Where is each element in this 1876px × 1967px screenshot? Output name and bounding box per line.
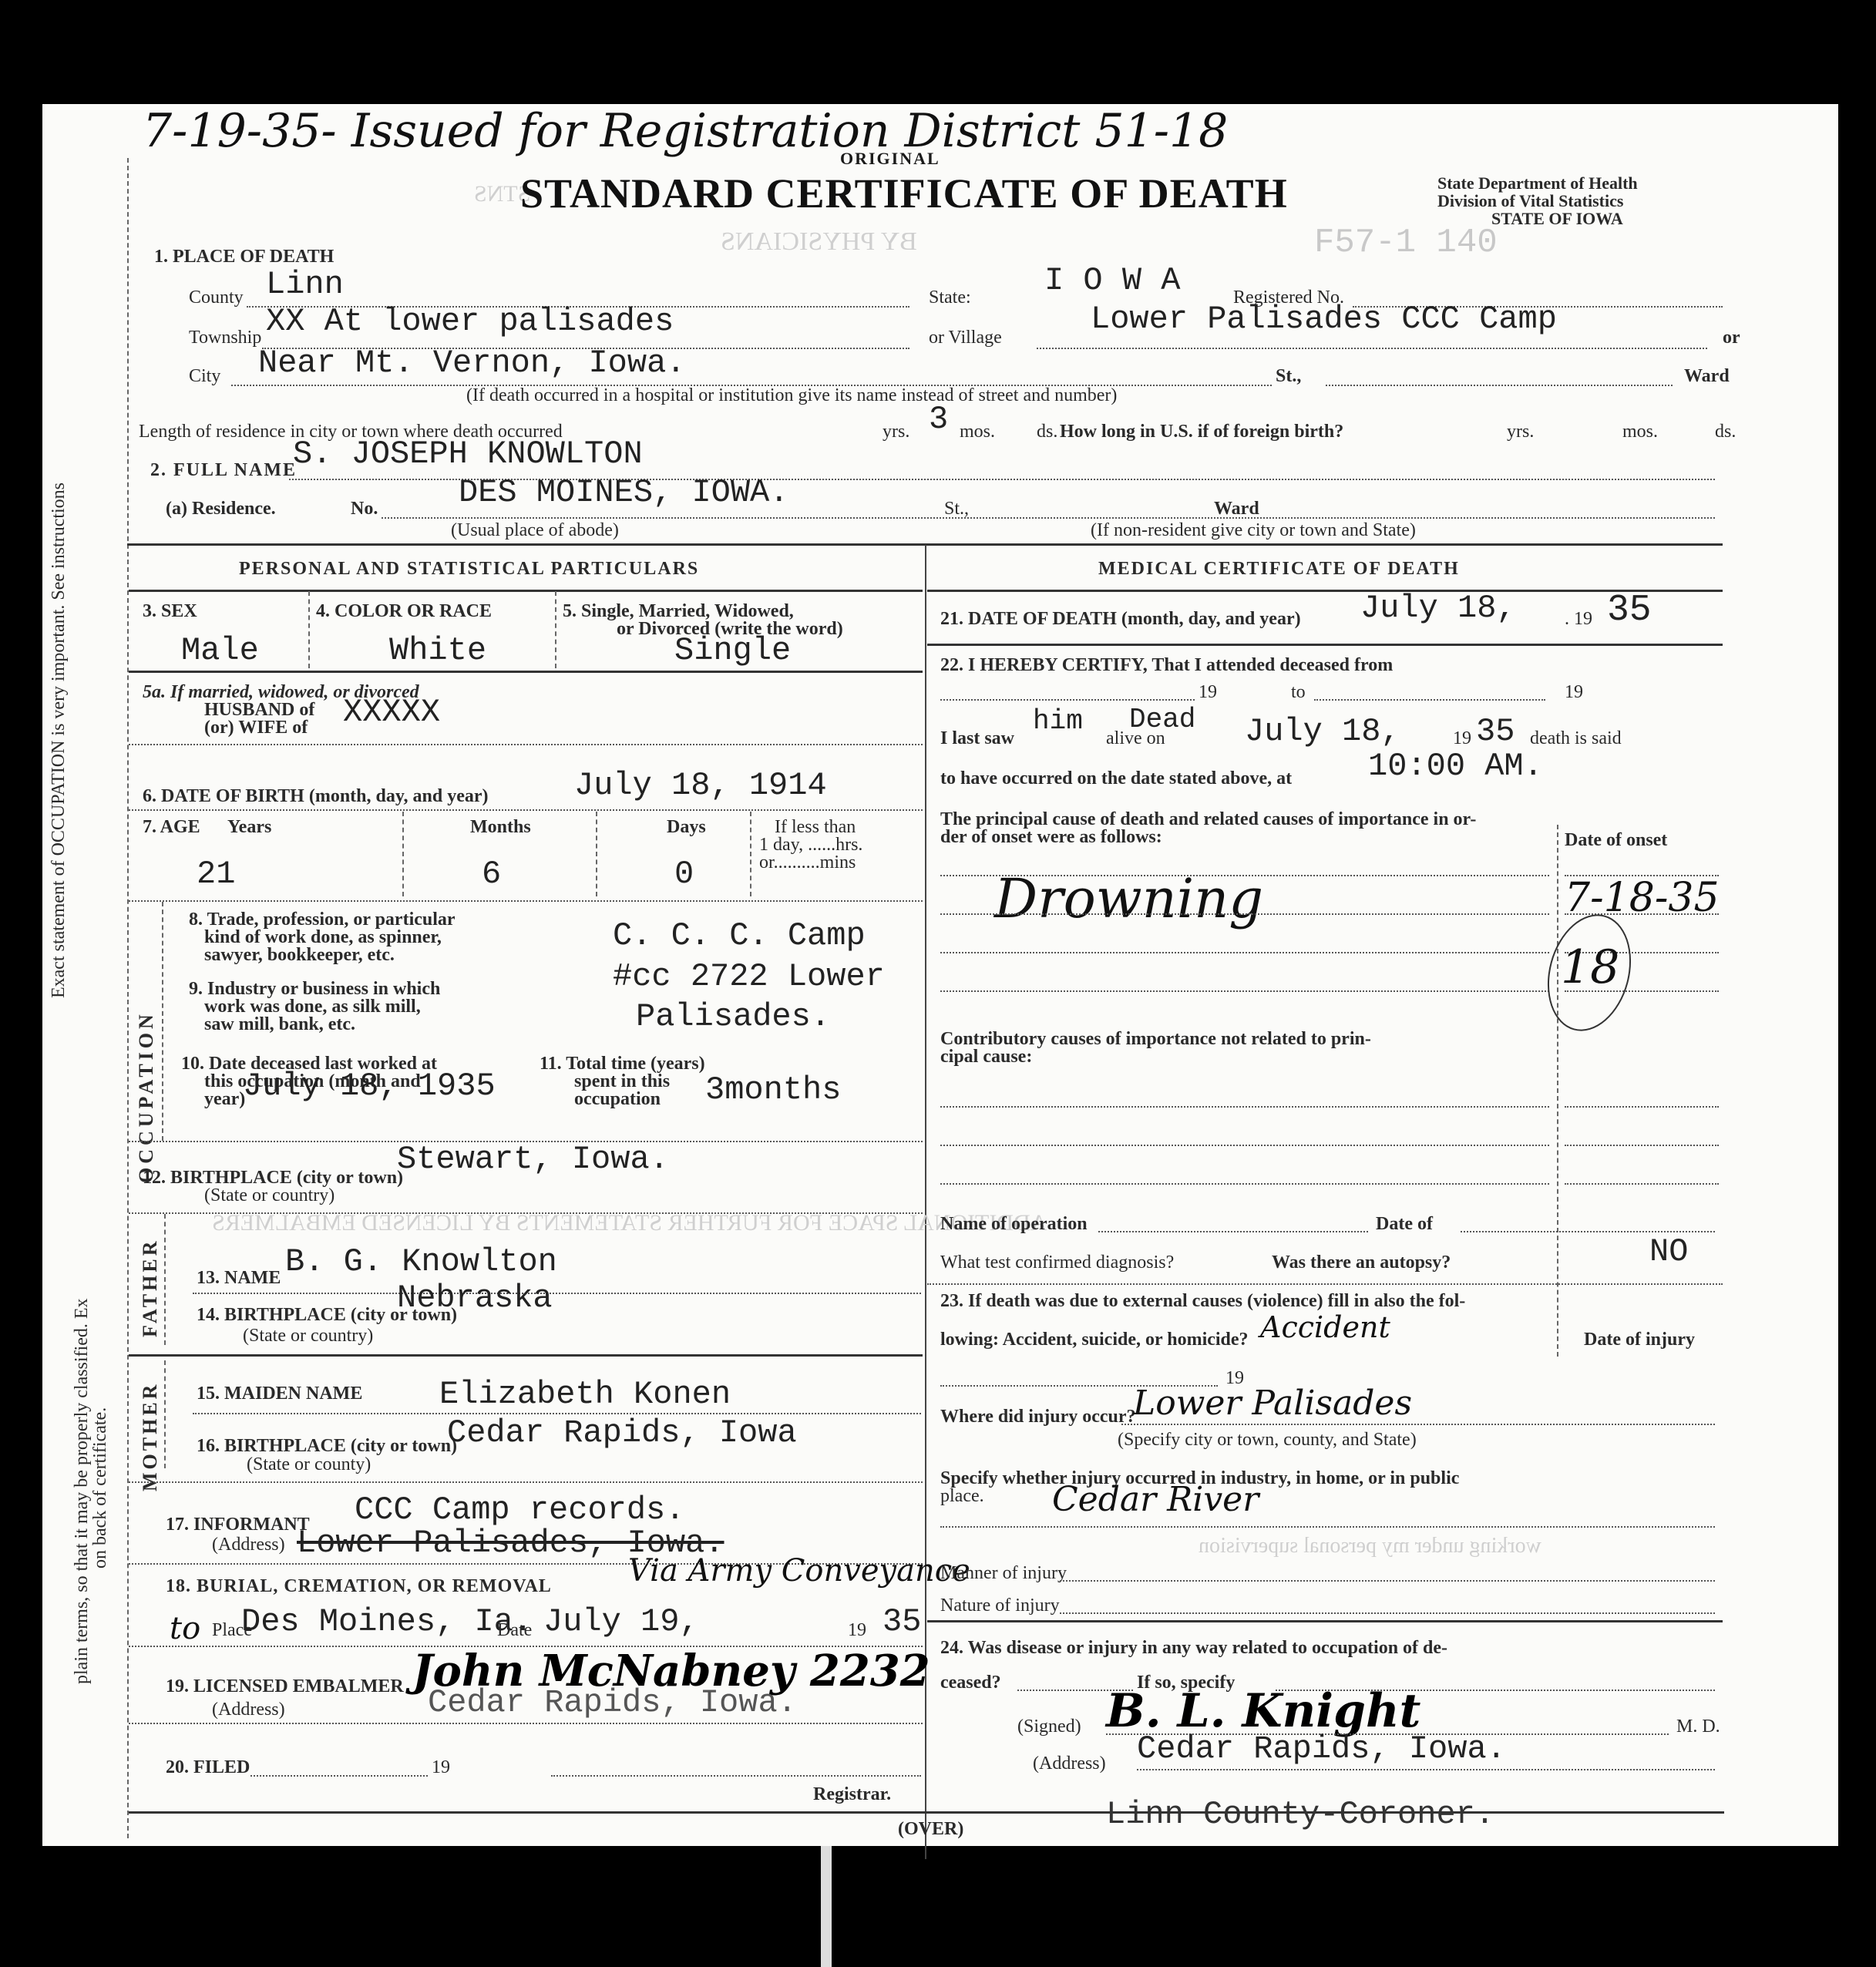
injury-date-label: Date of injury [1584,1330,1695,1350]
agency-line-3: STATE OF IOWA [1491,209,1623,229]
father-birthplace-value: Nebraska [397,1279,553,1316]
burial-label: 18. BURIAL, CREMATION, OR REMOVAL [166,1576,552,1597]
registrar-line [551,1775,921,1777]
hospital-note: (If death occurred in a hospital or inst… [466,385,1117,406]
burial-value: Via Army Conveyance [628,1553,970,1589]
binding-spine [821,1838,832,1967]
yrs-label: yrs. [883,422,909,442]
age-months-value: 6 [482,856,501,893]
street-label: St., [1276,366,1301,387]
contrib-line-3 [940,1183,1549,1185]
informant-label: 17. INFORMANT [166,1515,310,1535]
dod-label: 21. DATE OF DEATH (month, day, and year) [940,609,1301,630]
county-value: Linn [266,266,344,303]
or-village-label: or Village [929,328,1002,348]
mother-name-label: 15. MAIDEN NAME [197,1384,362,1404]
father-side-divider [164,1214,166,1345]
onset-line-2 [1565,913,1719,915]
full-name-label: 2. FULL NAME [150,460,297,481]
margin-note-back: on back of certificate. [90,1407,111,1569]
birthplace-value: Stewart, Iowa. [397,1141,669,1178]
mother-birthplace-sub: (State or county) [247,1454,371,1475]
row-divider-8 [129,1481,923,1483]
dob-label: 6. DATE OF BIRTH (month, day, and year) [143,786,489,807]
father-side-label: FATHER [139,1239,162,1337]
foreign-mos-label: mos. [1622,422,1658,442]
attended-to-line [1314,699,1545,701]
operation-line [1098,1231,1368,1232]
foreign-yrs-label: yrs. [1507,422,1534,442]
over-label: (OVER) [898,1819,963,1840]
onset-column-divider [1557,825,1558,1357]
last-worked-value: July 18, 1935 [243,1068,496,1105]
to-label: to [1291,682,1306,703]
dod-year-prefix: . 19 [1565,609,1592,630]
occurred-label: to have occurred on the date stated abov… [940,768,1292,789]
embalmer-address-label: (Address) [212,1700,285,1720]
residence-line [382,517,1715,519]
years-months-divider [402,812,404,896]
industry-label-3: saw mill, bank, etc. [204,1014,355,1035]
place-of-death-label: 1. PLACE OF DEATH [154,247,334,267]
row-divider-7 [129,1354,923,1357]
sex-label: 3. SEX [143,601,197,622]
residence-street-label: St., [944,499,969,519]
specify-value: Cedar River [1052,1480,1259,1519]
mother-side-divider [164,1360,166,1468]
burial-year-value: 35 [883,1603,921,1640]
external-label-2: lowing: Accident, suicide, or homicide? [940,1330,1249,1350]
residence-ward-label: Ward [1214,499,1259,519]
medical-section-title: MEDICAL CERTIFICATE OF DEATH [1098,559,1460,580]
total-time-label-3: occupation [574,1089,661,1110]
nature-divider [927,1620,1723,1622]
last-worked-label-3: year) [204,1089,245,1110]
circled-mark: 18 [1561,940,1619,994]
mother-birthplace-value: Cedar Rapids, Iowa [447,1414,797,1451]
spouse-value: XXXXX [343,694,440,731]
signed-label: (Signed) [1017,1717,1081,1737]
cause-value: Drowning [994,867,1263,930]
address-label: (Address) [1033,1753,1106,1774]
ghost-embalmers-text: ADDITIONAL SPACE FOR FURTHER STATEMENTS … [212,1210,1047,1236]
cause-line-2 [940,913,1549,915]
months-days-divider [596,812,597,896]
where-value: Lower Palisades [1133,1384,1412,1423]
where-line [1121,1424,1715,1425]
state-value: I O W A [1044,262,1180,299]
age-label: 7. AGE [143,817,200,838]
personal-title-divider [129,590,923,592]
ghost-physicians: BY PHYSICIANS [721,227,917,257]
contrib-line-1 [940,1106,1549,1108]
dob-value: July 18, 1914 [574,767,827,804]
where-note: (Specify city or town, county, and State… [1118,1430,1417,1451]
trade-value: C. C. C. Camp [613,917,866,954]
autopsy-value: NO [1649,1233,1688,1270]
filed-label: 20. FILED [166,1757,250,1778]
township-value: XX At lower palisades [266,303,674,340]
autopsy-divider [927,1283,1723,1285]
manner-label: Manner of injury [940,1563,1067,1584]
street-line [1326,385,1673,386]
foreign-ds-label: ds. [1715,422,1736,442]
age-days-label: Days [667,817,706,838]
occupation-related-label-1: 24. Was disease or injury in any way rel… [940,1638,1447,1659]
months-residence-value: 3 [929,401,948,438]
cause-line-3 [940,952,1549,953]
md-label: M. D. [1676,1717,1720,1737]
age-days-value: 0 [674,856,694,893]
village-line [1037,348,1707,349]
mother-birthplace-label: 16. BIRTHPLACE (city or town) [197,1436,457,1457]
industry-value-2: Palisades. [636,998,830,1035]
total-time-value: 3months [705,1071,841,1108]
filed-year-prefix: 19 [432,1757,450,1778]
occupation-side-label: OCCUPATION [135,1010,158,1183]
residence-no-label: No. [351,499,378,519]
race-value: White [389,632,486,669]
left-border [127,158,129,1838]
days-hours-divider [750,812,751,896]
registrar-label: Registrar. [813,1784,891,1805]
or-label: or [1723,328,1740,348]
embalmer-label: 19. LICENSED EMBALMER [166,1676,404,1697]
test-label: What test confirmed diagnosis? [940,1252,1174,1273]
ghost-supervision-text: working under my personal supervision [1199,1534,1541,1558]
age-years-label: Years [227,817,271,838]
father-name-value: B. G. Knowlton [285,1243,557,1280]
mother-name-value: Elizabeth Konen [439,1376,731,1413]
marital-value: Single [674,632,791,669]
contrib-line-2 [940,1145,1549,1146]
informant-value: CCC Camp records. [355,1491,684,1528]
full-name-value: S. JOSEPH KNOWLTON [293,435,643,472]
file-stamp-number: F57-1 140 [1314,224,1498,262]
county-label: County [189,287,244,308]
row-divider-1 [129,671,923,673]
age-months-label: Months [470,817,531,838]
principal-cause-label-2: der of onset were as follows: [940,827,1162,848]
last-saw-status: Dead [1129,704,1195,735]
residence-value: DES MOINES, IOWA. [459,474,788,511]
row-divider-2 [129,744,923,745]
age-years-value: 21 [197,856,235,893]
contributory-label-2: cipal cause: [940,1047,1032,1068]
address-line [1137,1769,1715,1770]
burial-year-prefix: 19 [848,1620,866,1641]
physician-address-value: Cedar Rapids, Iowa. [1137,1730,1506,1767]
last-saw-date: July 18, [1245,713,1400,750]
from-year-prefix: 19 [1199,682,1217,703]
nonresident-note: (If non-resident give city or town and S… [1091,520,1416,541]
trade-label-3: sawyer, bookkeeper, etc. [204,945,395,966]
onset-label: Date of onset [1565,830,1667,851]
dod-year-value: 35 [1607,590,1652,631]
burial-place-value: Des Moines, Ia. [241,1603,533,1640]
medical-title-divider [927,590,1723,592]
certify-label: 22. I HEREBY CERTIFY, That I attended de… [940,655,1393,676]
sex-value: Male [181,632,259,669]
father-birthplace-sub: (State or country) [243,1326,373,1347]
external-value: Accident [1260,1310,1390,1344]
ds-label: ds. [1037,422,1057,442]
specify-label-2: place. [940,1486,984,1507]
certificate-title: STANDARD CERTIFICATE OF DEATH [520,170,1288,217]
row-divider-11 [129,1723,923,1724]
operation-date-line [1461,1231,1715,1232]
contrib-onset-1 [1565,1106,1719,1108]
mos-label: mos. [960,422,995,442]
autopsy-label: Was there an autopsy? [1272,1252,1451,1273]
residence-label: (a) Residence. [166,499,276,519]
death-certificate: 7-19-35- Issued for Registration Distric… [42,104,1838,1846]
less-than-label-3: or..........mins [759,852,856,873]
burial-date-value: July 19, [543,1603,699,1640]
industry-value-1: #cc 2722 Lower [613,958,885,995]
sex-race-divider [308,591,310,668]
attended-from-line [940,699,1195,701]
where-label: Where did injury occur? [940,1407,1136,1427]
spouse-label-3: (or) WIFE of [204,718,308,738]
usual-abode-note: (Usual place of abode) [451,520,619,541]
father-name-label: 13. NAME [197,1268,281,1289]
state-label: State: [929,287,971,308]
dod-value: July 18, [1360,590,1516,627]
registration-note: 7-19-35- Issued for Registration Distric… [143,104,1228,158]
race-label: 4. COLOR OR RACE [316,601,492,622]
death-said-label: death is said [1530,728,1622,749]
foreign-birth-label: How long in U.S. if of foreign birth? [1060,422,1343,442]
father-name-line [193,1293,921,1294]
village-value: Lower Palisades CCC Camp [1091,301,1557,338]
last-saw-label: I last saw [940,728,1014,749]
margin-note-classified: plain terms, so that it may be properly … [72,1298,92,1684]
specify-line [940,1526,1715,1528]
cause-line-4 [940,990,1549,992]
city-value: Near Mt. Vernon, Iowa. [258,345,686,382]
nature-line [1060,1612,1715,1614]
last-saw-year-prefix: 19 [1453,728,1471,749]
time-value: 10:00 AM. [1368,748,1543,785]
city-label: City [189,366,220,387]
burial-mark: to [170,1611,200,1646]
external-label-1: 23. If death was due to external causes … [940,1291,1465,1312]
occupation-side-divider [162,902,163,1141]
last-saw-year: 35 [1476,713,1515,750]
physician-title: Linn County-Coroner. [1106,1796,1494,1833]
race-marital-divider [555,591,556,668]
occupation-related-label-2: ceased? [940,1673,1001,1693]
ward-label: Ward [1684,366,1730,387]
personal-section-title: PERSONAL AND STATISTICAL PARTICULARS [239,559,699,580]
row-divider-4 [129,900,923,902]
mother-side-label: MOTHER [139,1382,162,1491]
township-label: Township [189,328,261,348]
embalmer-address-value: Cedar Rapids, Iowa. [428,1684,797,1721]
filed-date-line [250,1775,428,1777]
dod-divider [927,644,1723,646]
nature-label: Nature of injury [940,1595,1060,1616]
original-label: ORIGINAL [840,149,940,169]
burial-date-label: Date [497,1620,532,1641]
last-saw-who: him [1033,705,1083,737]
contrib-onset-3 [1565,1183,1719,1185]
informant-address-label: (Address) [212,1535,285,1555]
contrib-onset-2 [1565,1145,1719,1146]
operation-label: Name of operation [940,1214,1088,1235]
manner-line [1060,1580,1715,1582]
operation-date-label: Date of [1376,1214,1433,1235]
row-divider-3 [129,809,923,811]
to-year-prefix: 19 [1565,682,1583,703]
margin-note-occupation: Exact statement of OCCUPATION is very im… [49,483,69,998]
birthplace-sub: (State or country) [204,1185,335,1206]
